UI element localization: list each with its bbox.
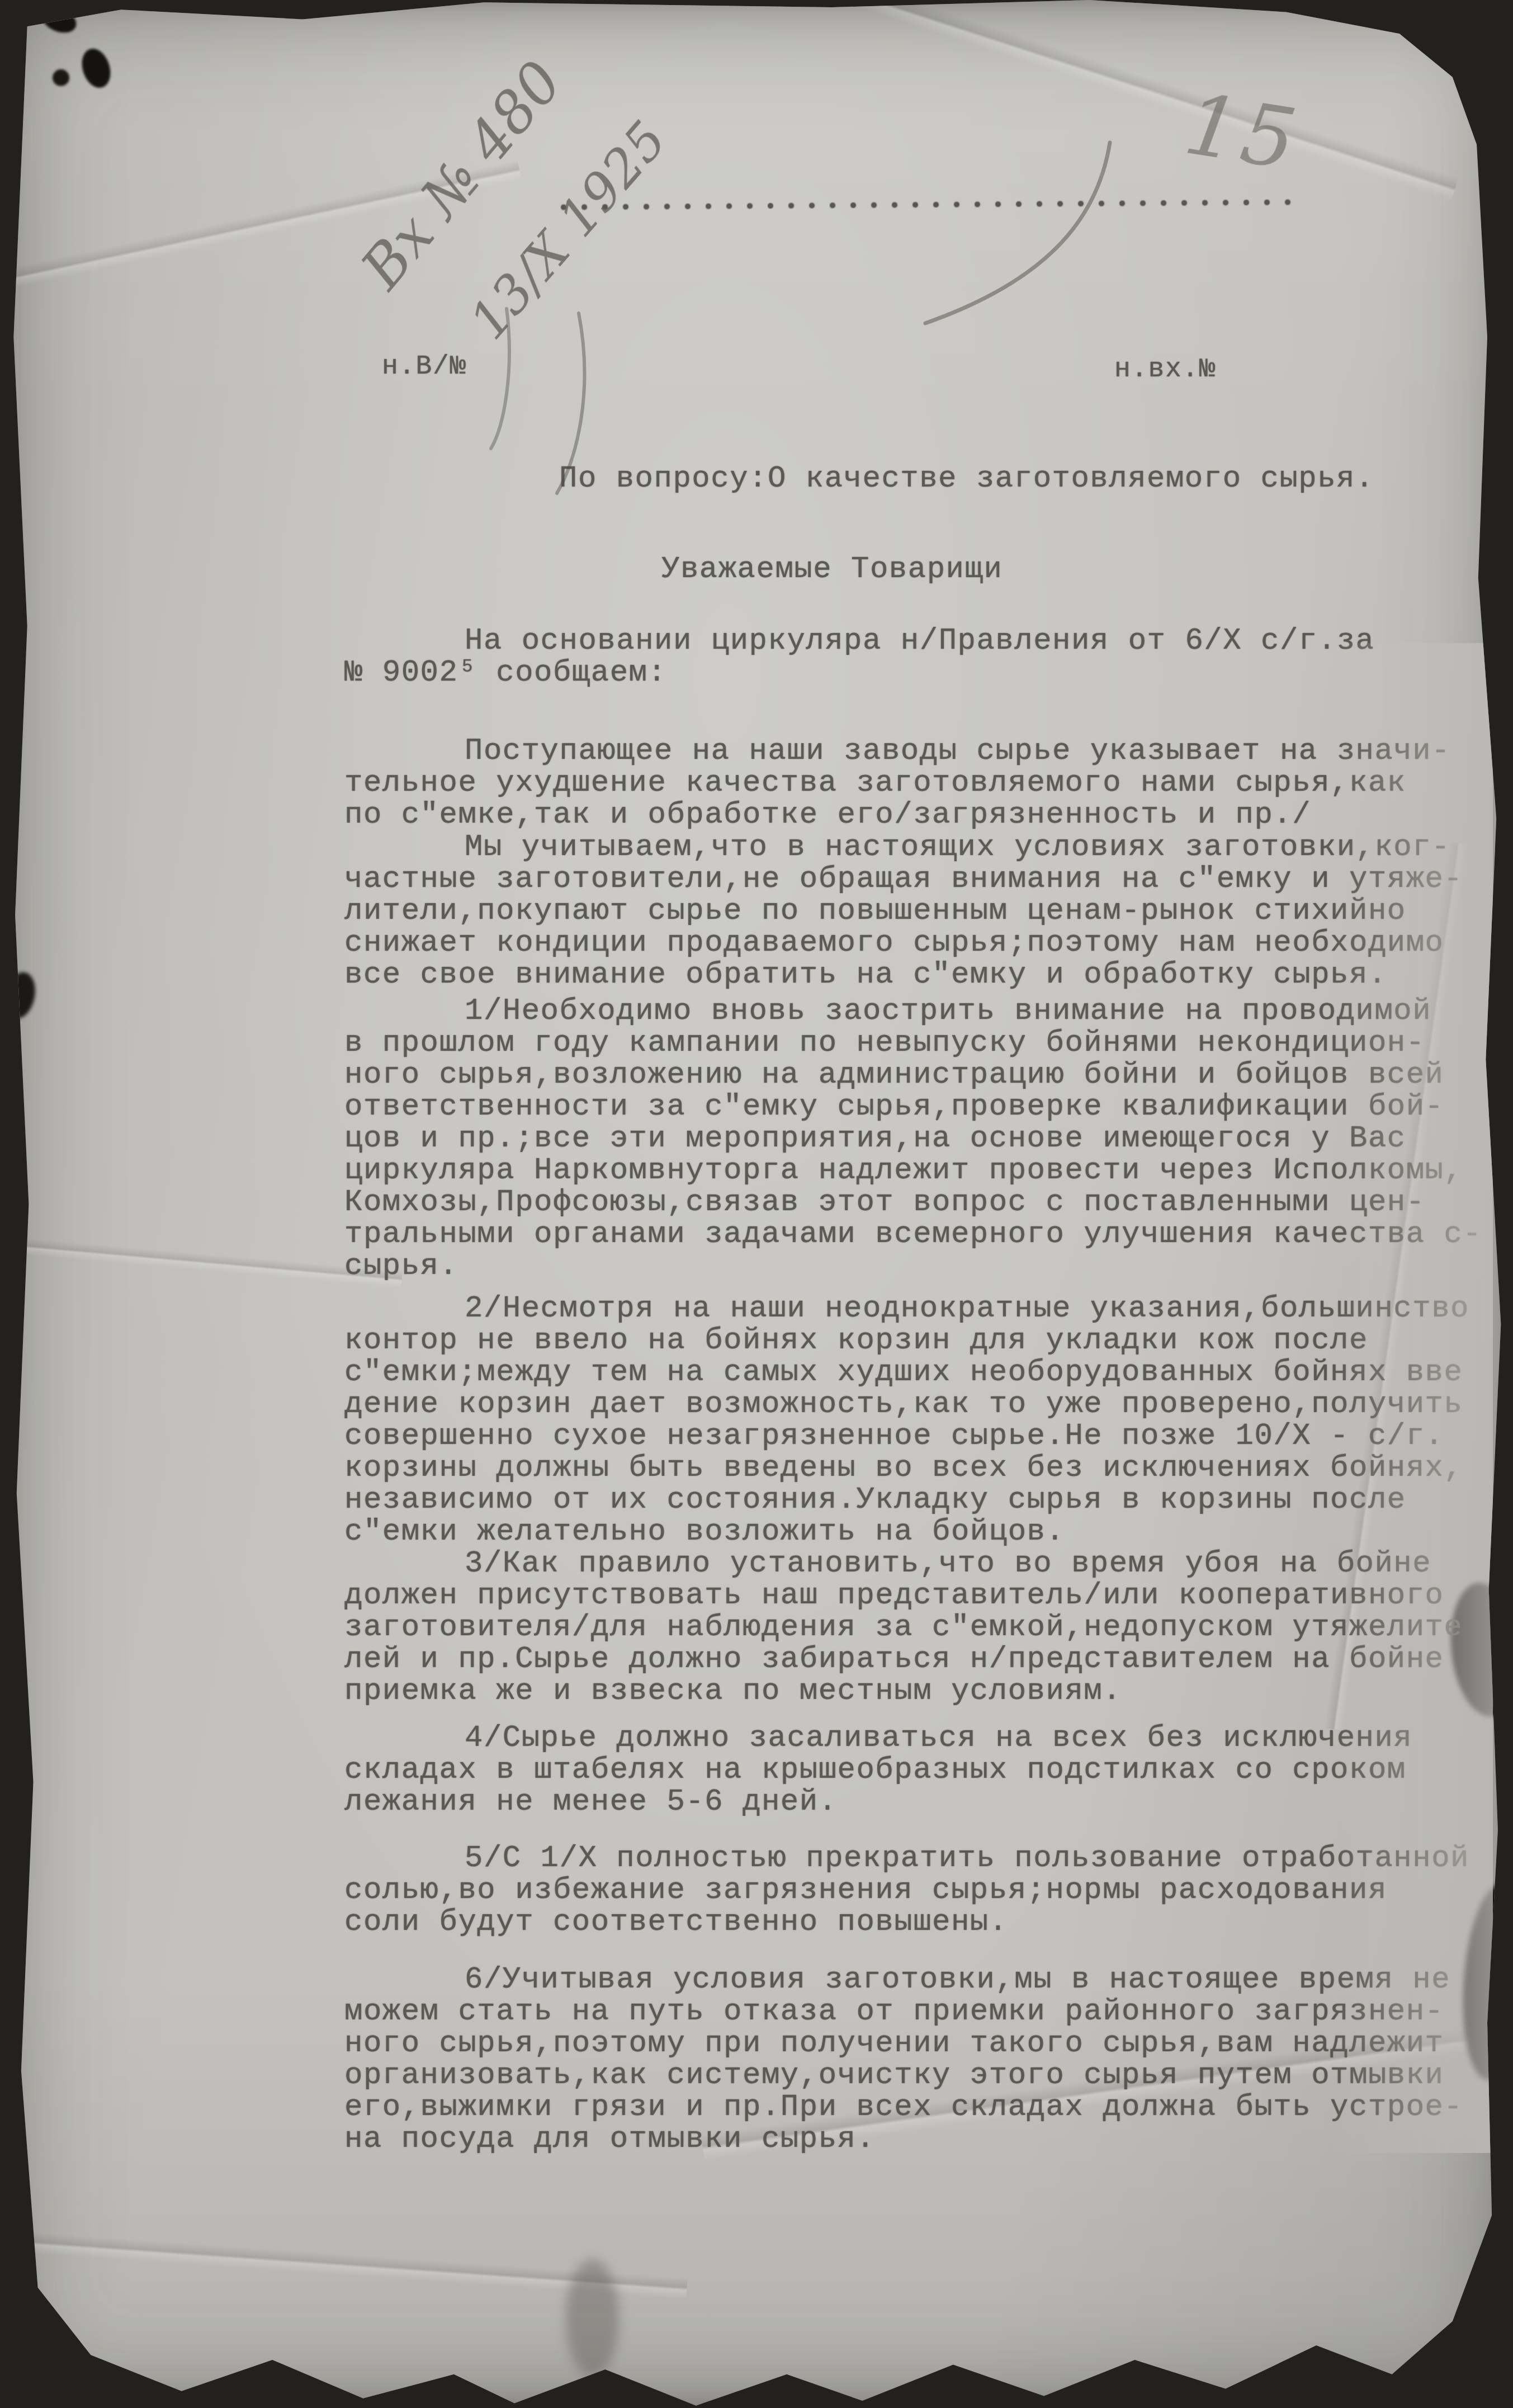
salutation: Уважаемые Товарищи [661, 554, 1003, 586]
subject-line: По вопросу:О качестве заготовляемого сыр… [559, 463, 1374, 495]
ref-number-right: н.вх.№ [1114, 354, 1216, 386]
right-edge-fade [1331, 643, 1493, 2153]
smudge [566, 2259, 619, 2377]
scanned-document-page: 15 Вх № 480 13/X 1925 н.В/№ н.вх.№ По во… [0, 0, 1513, 2408]
ink-stain [53, 69, 69, 86]
edge-mark-left [0, 1587, 20, 1621]
handwritten-page-number: 15 [1179, 75, 1306, 190]
paper-sheet: 15 Вх № 480 13/X 1925 н.В/№ н.вх.№ По во… [0, 0, 1513, 2408]
ref-number-left: н.В/№ [382, 351, 467, 383]
